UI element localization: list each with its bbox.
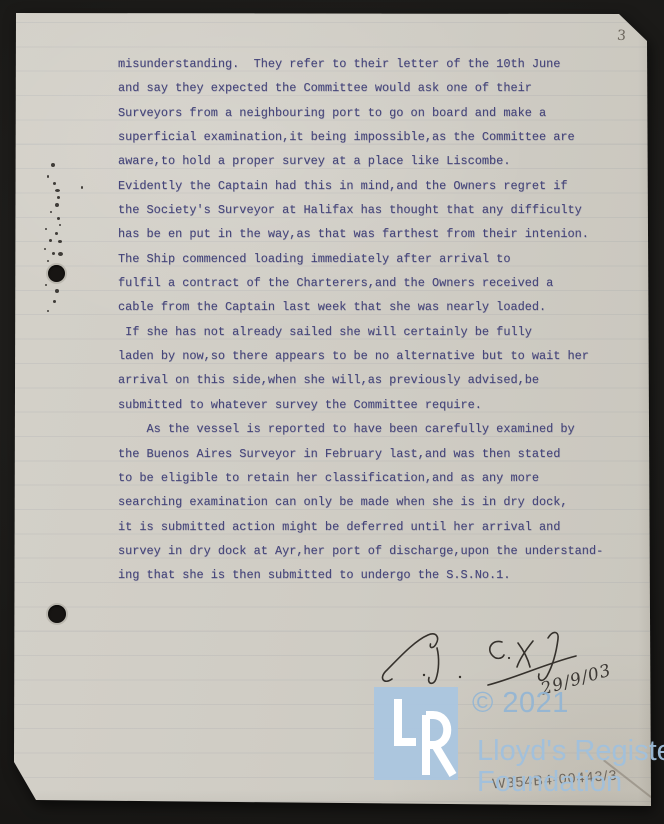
typewritten-line: If she has not already sailed she will c… (118, 320, 638, 344)
paper-wrapper: misunderstanding. They refer to their le… (0, 0, 664, 824)
ink-speck (59, 224, 61, 226)
typewritten-line: aware,to hold a proper survey at a place… (118, 149, 638, 173)
ink-speck (53, 300, 56, 303)
scanned-letter-page: { "page": { "page_number": "3", "date_an… (0, 0, 664, 824)
ink-speck (55, 232, 58, 235)
handwritten-signatures (380, 612, 620, 712)
typewritten-line: searching examination can only be made w… (118, 490, 638, 514)
pencil-catalog-number: W354B4-00443/3 (492, 767, 619, 792)
typewritten-line: Surveyors from a neighbouring port to go… (118, 101, 638, 125)
ink-speck (49, 239, 52, 242)
ink-speck (45, 284, 47, 286)
typewritten-line: fulfil a contract of the Charterers,and … (118, 271, 638, 295)
typewritten-line: misunderstanding. They refer to their le… (118, 52, 638, 76)
ink-speck (52, 252, 55, 255)
ink-speck (57, 217, 60, 220)
ink-speck (47, 175, 49, 178)
typewritten-line: the Society's Surveyor at Halifax has th… (118, 198, 638, 222)
typewritten-line: to be eligible to retain her classificat… (118, 466, 638, 490)
ink-speck (47, 310, 49, 312)
corner-fold-crease (622, 11, 653, 42)
page-number: 3 (616, 28, 626, 45)
typewritten-line: it is submitted action might be deferred… (118, 515, 638, 539)
typewritten-line: the Buenos Aires Surveyor in February la… (118, 442, 638, 466)
typewritten-line: The Ship commenced loading immediately a… (118, 247, 638, 271)
signature-initials-2-icon (490, 641, 504, 658)
typewritten-line: and say they expected the Committee woul… (118, 76, 638, 100)
typewritten-line: superficial examination,it being impossi… (118, 125, 638, 149)
punch-hole-bottom (48, 605, 66, 623)
typewritten-line: laden by now,so there appears to be no a… (118, 344, 638, 368)
ink-speck (45, 228, 47, 230)
typewritten-line: cable from the Captain last week that sh… (118, 295, 638, 319)
ink-speck (55, 189, 60, 192)
ink-speck (50, 211, 52, 213)
ink-speck (58, 252, 63, 256)
ink-speck (55, 203, 59, 207)
ink-speck (51, 163, 55, 167)
signature-initials-1-icon (383, 634, 438, 681)
typewritten-line: ing that she is then submitted to underg… (118, 563, 638, 587)
ink-speck (53, 182, 56, 185)
ink-speck (55, 289, 59, 293)
typewritten-line: survey in dry dock at Ayr,her port of di… (118, 539, 638, 563)
ink-speck (44, 248, 46, 250)
typewritten-line: Evidently the Captain had this in mind,a… (118, 174, 638, 198)
punch-hole-top (48, 265, 65, 282)
typewritten-line: submitted to whatever survey the Committ… (118, 393, 638, 417)
ink-speck (58, 240, 62, 243)
typewritten-line: arrival on this side,when she will,as pr… (118, 368, 638, 392)
typewritten-line: As the vessel is reported to have been c… (118, 417, 638, 441)
paper-sheet: misunderstanding. They refer to their le… (0, 0, 664, 824)
typewritten-text-block: misunderstanding. They refer to their le… (118, 52, 638, 588)
ink-speck (47, 260, 49, 262)
typewritten-line: has be en put in the way,as that was far… (118, 222, 638, 246)
ink-speck (81, 186, 83, 189)
ink-speck (57, 196, 60, 199)
